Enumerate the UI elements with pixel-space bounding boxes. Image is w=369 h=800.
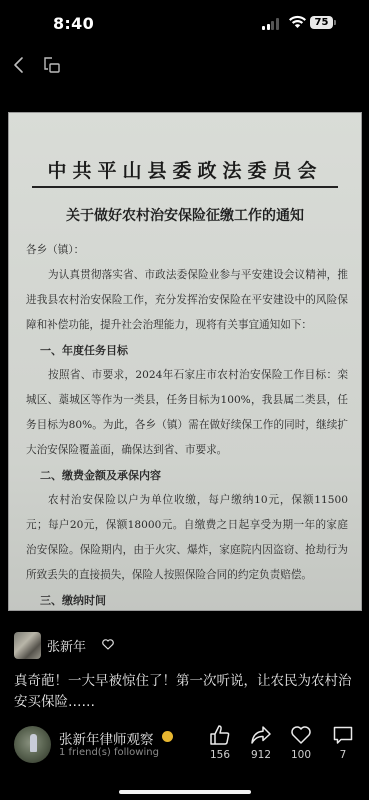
share-icon: [250, 724, 272, 746]
author-name[interactable]: 张新年: [47, 636, 86, 655]
document-body: 各乡（镇）： 为认真贯彻落实省、市政法委保险业参与平安建设会议精神，推进我县农村…: [26, 238, 348, 611]
post-author[interactable]: 张新年: [14, 632, 354, 664]
home-indicator[interactable]: [119, 790, 251, 794]
heart-icon: [290, 724, 312, 746]
picture-in-picture-icon[interactable]: [43, 56, 61, 74]
verified-badge-icon: [162, 731, 173, 742]
section-heading: 三、缴纳时间: [26, 588, 348, 611]
post-image[interactable]: 中共平山县委政法委员会 关于做好农村治安保险征缴工作的通知 各乡（镇）： 为认真…: [8, 112, 362, 611]
heart-icon[interactable]: [102, 639, 114, 650]
top-nav: [0, 50, 369, 80]
author-avatar[interactable]: [14, 632, 41, 659]
comment-button[interactable]: 7: [323, 724, 363, 761]
section-body: 按照省、市要求，2024年石家庄市农村治安保险工作目标：栾城区、藁城区等作为一类…: [26, 363, 348, 463]
clock: 8:40: [53, 14, 94, 33]
battery-tip: [334, 20, 336, 25]
channel-avatar[interactable]: [14, 726, 51, 763]
comment-icon: [332, 724, 354, 746]
document-intro: 为认真贯彻落实省、市政法委保险业参与平安建设会议精神，推进我县农村治安保险工作，…: [26, 263, 348, 338]
chevron-left-icon[interactable]: [12, 56, 26, 74]
favorite-count: 100: [281, 749, 321, 761]
share-count: 912: [241, 749, 281, 761]
comment-count: 7: [323, 749, 363, 761]
section-body: 农村治安保险以户为单位收缴，每户缴纳10元，保额11500元；每户20元，保额1…: [26, 488, 348, 588]
like-button[interactable]: 156: [200, 724, 240, 761]
like-count: 156: [200, 749, 240, 761]
followers-text: 1 friend(s) following: [59, 747, 159, 758]
section-heading: 二、缴费金额及承保内容: [26, 463, 348, 488]
post-caption: 真奇葩！一大早被惊住了！第一次听说，让农民为农村治安买保险……: [14, 671, 359, 713]
battery-indicator: 75: [310, 16, 333, 29]
favorite-button[interactable]: 100: [281, 724, 321, 761]
status-bar: 8:40 75: [0, 0, 369, 44]
cellular-signal-icon: [262, 18, 282, 30]
document-organization: 中共平山县委政法委员会: [8, 156, 362, 183]
document-title: 关于做好农村治安保险征缴工作的通知: [8, 205, 362, 225]
section-heading: 一、年度任务目标: [26, 338, 348, 363]
share-button[interactable]: 912: [241, 724, 281, 761]
document-divider: [32, 186, 338, 188]
wifi-icon: [289, 15, 306, 29]
thumbs-up-icon: [209, 724, 231, 746]
document-salutation: 各乡（镇）：: [26, 238, 348, 263]
channel-name[interactable]: 张新年律师观察: [59, 728, 154, 748]
